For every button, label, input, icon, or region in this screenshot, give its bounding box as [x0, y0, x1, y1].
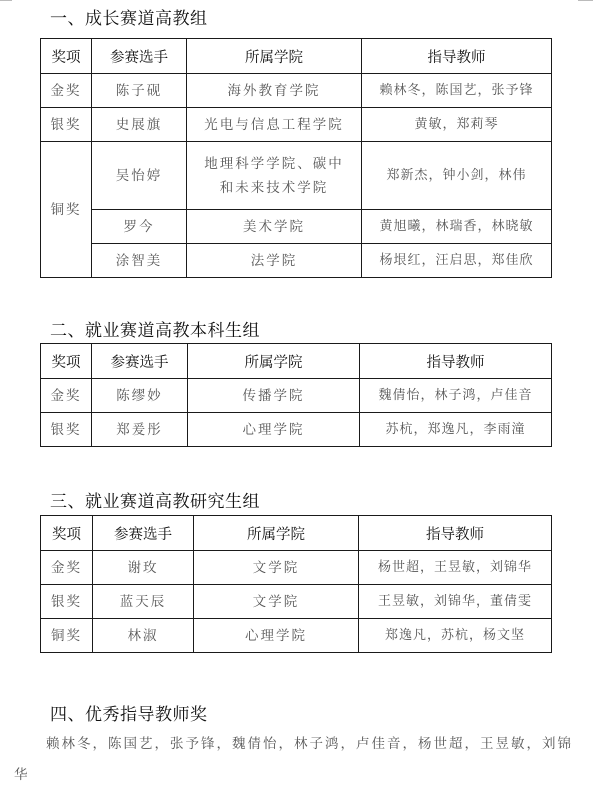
header-teachers: 指导教师 [360, 344, 552, 379]
section-title-excellent-advisor: 四、优秀指导教师奖 [50, 704, 208, 726]
cell-teachers: 郑新杰，钟小剑，林伟 [362, 142, 552, 210]
header-student: 参赛选手 [92, 39, 187, 74]
cell-college: 心理学院 [188, 413, 360, 447]
header-college: 所属学院 [188, 344, 360, 379]
table-header-row: 奖项 参赛选手 所属学院 指导教师 [41, 39, 552, 74]
cell-teachers: 黄敏，郑莉琴 [362, 108, 552, 142]
cell-teachers: 魏倩怡，林子鸿，卢佳音 [360, 379, 552, 413]
cell-student: 蓝天辰 [93, 585, 194, 619]
cell-student: 郑爰彤 [92, 413, 188, 447]
advisor-list-paragraph: 赖林冬，陈国艺，张予锋，魏倩怡，林子鸿，卢佳音，杨世超，王昱敏，刘锦华 [14, 729, 584, 791]
cell-student: 吴怡婷 [92, 142, 187, 210]
cell-award: 金奖 [41, 74, 92, 108]
section-title-employment-graduate: 三、就业赛道高教研究生组 [50, 491, 260, 513]
section-title-growth-track: 一、成长赛道高教组 [50, 8, 208, 30]
page-corner-mark-left [0, 0, 12, 1]
cell-award: 银奖 [41, 413, 92, 447]
cell-college: 海外教育学院 [187, 74, 362, 108]
cell-college: 心理学院 [194, 619, 359, 653]
cell-college: 传播学院 [188, 379, 360, 413]
header-student: 参赛选手 [92, 344, 188, 379]
header-teachers: 指导教师 [359, 516, 552, 551]
cell-college: 法学院 [187, 244, 362, 278]
table-header-row: 奖项 参赛选手 所属学院 指导教师 [41, 516, 552, 551]
cell-college: 文学院 [194, 585, 359, 619]
table-row: 银奖 郑爰彤 心理学院 苏杭，郑逸凡，李雨潼 [41, 413, 552, 447]
table-row: 铜奖 林淑 心理学院 郑逸凡，苏杭，杨文坚 [41, 619, 552, 653]
cell-student: 罗今 [92, 210, 187, 244]
section-title-employment-undergrad: 二、就业赛道高教本科生组 [50, 320, 260, 342]
table-employment-undergrad: 奖项 参赛选手 所属学院 指导教师 金奖 陈缪妙 传播学院 魏倩怡，林子鸿，卢佳… [40, 343, 552, 447]
cell-award: 铜奖 [41, 619, 93, 653]
header-student: 参赛选手 [93, 516, 194, 551]
header-award: 奖项 [41, 39, 92, 74]
cell-award: 金奖 [41, 379, 92, 413]
table-row: 银奖 史展旗 光电与信息工程学院 黄敏，郑莉琴 [41, 108, 552, 142]
header-college: 所属学院 [187, 39, 362, 74]
cell-college: 美术学院 [187, 210, 362, 244]
cell-award: 铜奖 [41, 142, 92, 278]
cell-award: 银奖 [41, 585, 93, 619]
page-corner-mark-right [578, 0, 593, 1]
cell-college: 光电与信息工程学院 [187, 108, 362, 142]
header-award: 奖项 [41, 344, 92, 379]
cell-teachers: 杨垠红，汪启思，郑佳欣 [362, 244, 552, 278]
cell-college: 文学院 [194, 551, 359, 585]
header-teachers: 指导教师 [362, 39, 552, 74]
cell-student: 陈缪妙 [92, 379, 188, 413]
header-college: 所属学院 [194, 516, 359, 551]
cell-college: 地理科学学院、碳中和未来技术学院 [187, 142, 362, 210]
cell-teachers: 赖林冬，陈国艺，张予锋 [362, 74, 552, 108]
cell-student: 陈子砚 [92, 74, 187, 108]
cell-student: 涂智美 [92, 244, 187, 278]
cell-award: 金奖 [41, 551, 93, 585]
table-row: 罗今 美术学院 黄旭曦，林瑞香，林晓敏 [41, 210, 552, 244]
cell-teachers: 郑逸凡，苏杭，杨文坚 [359, 619, 552, 653]
cell-teachers: 苏杭，郑逸凡，李雨潼 [360, 413, 552, 447]
table-header-row: 奖项 参赛选手 所属学院 指导教师 [41, 344, 552, 379]
table-row: 金奖 谢玫 文学院 杨世超，王昱敏，刘锦华 [41, 551, 552, 585]
table-row: 铜奖 吴怡婷 地理科学学院、碳中和未来技术学院 郑新杰，钟小剑，林伟 [41, 142, 552, 210]
table-row: 金奖 陈子砚 海外教育学院 赖林冬，陈国艺，张予锋 [41, 74, 552, 108]
table-employment-graduate: 奖项 参赛选手 所属学院 指导教师 金奖 谢玫 文学院 杨世超，王昱敏，刘锦华 … [40, 515, 552, 653]
cell-student: 林淑 [93, 619, 194, 653]
table-row: 银奖 蓝天辰 文学院 王昱敏，刘锦华，董倩雯 [41, 585, 552, 619]
table-row: 涂智美 法学院 杨垠红，汪启思，郑佳欣 [41, 244, 552, 278]
cell-student: 史展旗 [92, 108, 187, 142]
cell-teachers: 杨世超，王昱敏，刘锦华 [359, 551, 552, 585]
cell-award: 银奖 [41, 108, 92, 142]
cell-teachers: 黄旭曦，林瑞香，林晓敏 [362, 210, 552, 244]
header-award: 奖项 [41, 516, 93, 551]
cell-student: 谢玫 [93, 551, 194, 585]
table-row: 金奖 陈缪妙 传播学院 魏倩怡，林子鸿，卢佳音 [41, 379, 552, 413]
table-growth-track: 奖项 参赛选手 所属学院 指导教师 金奖 陈子砚 海外教育学院 赖林冬，陈国艺，… [40, 38, 552, 278]
cell-teachers: 王昱敏，刘锦华，董倩雯 [359, 585, 552, 619]
